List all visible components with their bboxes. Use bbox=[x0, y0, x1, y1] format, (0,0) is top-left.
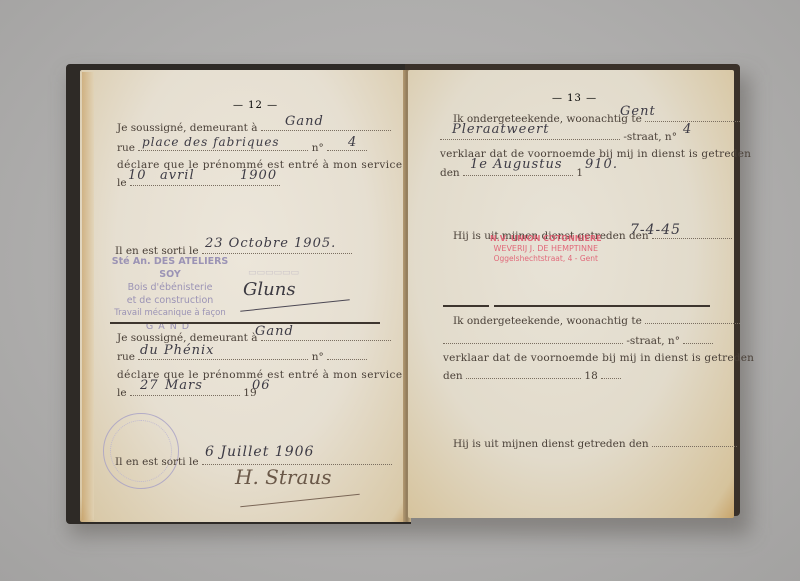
r-exit1-date-handwritten: 7-4-45 bbox=[630, 222, 681, 238]
page-edge bbox=[82, 72, 94, 520]
entry1-city-handwritten: Gand bbox=[285, 114, 324, 129]
r-entry1-day-handwritten: 1e Augustus bbox=[470, 157, 563, 172]
section-divider-right-a bbox=[443, 305, 489, 307]
r-entry2-declaration: verklaar dat de voornoemde bij mij in di… bbox=[443, 352, 754, 364]
faint-stamp-impression: ▭▭▭▭▭▭ bbox=[248, 268, 299, 278]
entry1-number-handwritten: 4 bbox=[348, 135, 357, 150]
r-entry2-date-line: den 18 bbox=[443, 369, 621, 382]
round-purple-stamp bbox=[103, 413, 179, 489]
section-divider-left bbox=[110, 322, 380, 324]
r-entry2-residence-line: Ik ondergeteekende, woonachtig te bbox=[453, 314, 740, 327]
exit1-date-handwritten: 23 Octobre 1905. bbox=[205, 236, 336, 251]
exit2-date-handwritten: 6 Juillet 1906 bbox=[205, 444, 314, 460]
signature-2: H. Straus bbox=[235, 465, 332, 489]
entry2-city-handwritten: Gand bbox=[255, 324, 294, 339]
entry1-month-handwritten: avril bbox=[160, 168, 195, 183]
r-entry1-city-handwritten: Gent bbox=[620, 104, 656, 119]
section-divider-right-b bbox=[494, 305, 710, 307]
signature-1: Gluns bbox=[243, 279, 296, 300]
r-entry1-street-handwritten: Pleraatweert bbox=[452, 122, 550, 137]
r-entry1-number-handwritten: 4 bbox=[683, 122, 692, 137]
entry1-day-handwritten: 10 bbox=[128, 168, 147, 183]
r-entry2-street-line: -straat, n° bbox=[443, 334, 713, 347]
page-number-12: — 12 — bbox=[233, 100, 278, 111]
r-entry1-year-handwritten: 910. bbox=[585, 157, 618, 172]
entry2-day-handwritten: 27 bbox=[140, 378, 159, 393]
union-cotonniere-stamp: N.V. UNION COTONNIÈRE WEVERIJ J. DE HEMP… bbox=[490, 234, 602, 264]
entry2-month-handwritten: Mars bbox=[165, 378, 203, 393]
r-exit2-line: Hij is uit mijnen dienst getreden den bbox=[453, 437, 737, 450]
entry2-year-handwritten: 06 bbox=[252, 378, 271, 393]
entry1-street-handwritten: place des fabriques bbox=[142, 135, 280, 149]
page-number-13: — 13 — bbox=[552, 93, 597, 104]
entry2-street-handwritten: du Phénix bbox=[140, 343, 215, 358]
entry1-residence-line: Je soussigné, demeurant à bbox=[117, 121, 391, 134]
entry1-year-handwritten: 1900 bbox=[240, 168, 277, 183]
